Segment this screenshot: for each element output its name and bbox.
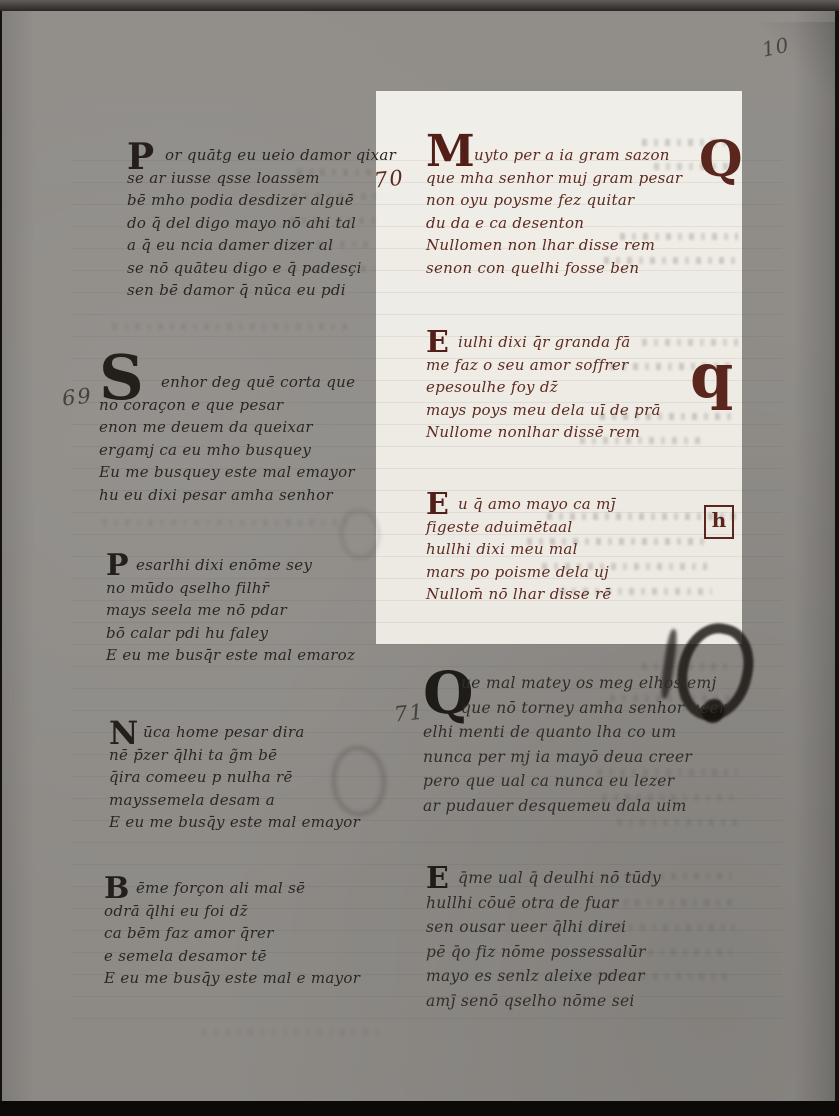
stanza-right-5: E q̄me ual q̄ deulhi nō tūdy hullhi cōuē… <box>426 866 646 1013</box>
verse-line: no coraçon e que pesar <box>99 394 355 417</box>
verse-line: odrā q̄lhi eu foi dz̄ <box>104 900 360 923</box>
bleed-through-text <box>617 819 737 826</box>
verse-line: Nullome nonlhar dissē rem <box>426 421 661 444</box>
verse-line: nē p̄zer q̄lhi ta g̃m bē <box>109 744 360 767</box>
verse-line: que nō torney amha senhor ueer <box>423 696 692 721</box>
verse-line: E eu me busq̄r este mal emaroz <box>106 644 355 667</box>
verse-line: pē q̄o fiz nōme possessalūr <box>426 940 646 965</box>
verse-line: E eu me busq̄y este mal e mayor <box>104 967 360 990</box>
verse-line: mayo es senlz aleixe pdear <box>426 964 646 989</box>
verse-line: epesoulhe foy dz̄ <box>426 376 661 399</box>
verse-line: hu eu dixi pesar amha senhor <box>99 484 355 507</box>
verse-line: me faz o seu amor soffrer <box>426 354 661 377</box>
verse-line: se nō quāteu digo e q̄ padesçi <box>127 257 362 280</box>
verse-line: pero que ual ca nunca eu lezer <box>423 769 692 794</box>
illuminated-initial: E <box>426 331 458 353</box>
verse-line: iulhi dixi q̄r granda fā <box>426 331 661 354</box>
illuminated-initial: N <box>109 721 143 743</box>
manuscript-page: 10 P or quātg eu ueio damor qixar se ar … <box>2 11 835 1101</box>
verse-line: senon con quelhi fosse ben <box>426 257 682 280</box>
guide-letter-box: h <box>704 505 734 539</box>
verse-line: ēme forçon ali mal sē <box>104 877 360 900</box>
illuminated-initial: P <box>127 144 165 166</box>
verse-line: ue mal matey os meg elhos emj <box>423 671 692 696</box>
verse-line: bē mho podia desdizer alguē <box>127 189 362 212</box>
verse-line: sen bē damor q̄ nūca eu pdi <box>127 279 362 302</box>
verse-line: q̄me ual q̄ deulhi nō tūdy <box>426 866 646 891</box>
scan-edge-top <box>0 0 839 11</box>
verse-line: Eu me busquey este mal emayor <box>99 461 355 484</box>
verse-line: sen ousar ueer q̄lhi direi <box>426 915 646 940</box>
stanza-left-3: P esarlhi dixi enōme sey no mūdo qselho … <box>106 554 355 667</box>
stanza-left-4: N ūca home pesar dira nē p̄zer q̄lhi ta … <box>109 721 360 834</box>
verse-line: e semela desamor tē <box>104 945 360 968</box>
verse-line: Nullom̄ nō lhar disse rē <box>426 583 612 606</box>
verse-line: elhi menti de quanto lha co um <box>423 720 692 745</box>
illuminated-initial: M <box>426 138 474 160</box>
manuscript-scan: 10 P or quātg eu ueio damor qixar se ar … <box>0 0 839 1116</box>
verse-line: esarlhi dixi enōme sey <box>106 554 355 577</box>
verse-line: ar pudauer desquemeu dala uim <box>423 794 692 819</box>
verse-line: ca bēm faz amor q̄rer <box>104 922 360 945</box>
verse-line: nunca per mj ia mayō deua creer <box>423 745 692 770</box>
illuminated-initial: P <box>106 554 136 576</box>
stanza-right-3: E u q̄ amo mayo ca mj̄ figeste aduimētaa… <box>426 493 612 606</box>
verse-line: amj̄ senō qselho nōme sei <box>426 989 646 1014</box>
stanza-left-1: P or quātg eu ueio damor qixar se ar ius… <box>127 144 362 302</box>
cantiga-number: 70 <box>373 165 406 192</box>
bleed-through-text <box>112 323 352 330</box>
stanza-left-2: S enhor deg quē corta que no coraçon e q… <box>99 371 355 506</box>
verse-line: hullhi cōuē otra de fuar <box>426 891 646 916</box>
illuminated-initial: E <box>426 493 458 515</box>
verse-line: a q̄ eu ncia damer dizer al <box>127 234 362 257</box>
verse-line: du da e ca desenton <box>426 212 682 235</box>
verse-line: E eu me busq̄y este mal emayor <box>109 811 360 834</box>
cantiga-number: 71 <box>393 699 426 726</box>
cantiga-number: 69 <box>61 383 94 410</box>
bleed-through-text <box>202 1029 382 1036</box>
verse-line: q̄ira comeeu p nulha rē <box>109 766 360 789</box>
stanza-right-1: M uyto per a ia gram sazon que mha senho… <box>426 144 682 279</box>
verse-line: se ar iusse qsse loassem <box>127 167 362 190</box>
bleed-through-text <box>102 519 352 526</box>
bleed-through-ring <box>340 509 380 559</box>
illuminated-initial: E <box>426 866 458 890</box>
stanza-right-4: Q ue mal matey os meg elhos emj que nō t… <box>423 671 692 818</box>
stanza-right-2: E iulhi dixi q̄r granda fā me faz o seu … <box>426 331 661 444</box>
margin-initial-glyph: q <box>690 339 733 412</box>
verse-line: enon me deuem da queixar <box>99 416 355 439</box>
verse-line: que mha senhor muj gram pesar <box>426 167 682 190</box>
illuminated-initial: S <box>99 361 161 383</box>
verse-line: no mūdo qselho filhr̄ <box>106 577 355 600</box>
verse-line: hullhi dixi meu mal <box>426 538 612 561</box>
illuminated-initial: B <box>104 877 136 899</box>
verse-line: mays seela me nō pdar <box>106 599 355 622</box>
verse-line: mars po poisme dela uj <box>426 561 612 584</box>
verse-line: ergamj ca eu mho busquey <box>99 439 355 462</box>
verse-line: mayssemela desam a <box>109 789 360 812</box>
illuminated-initial: Q <box>423 667 461 716</box>
verse-line: do q̄ del digo mayo nō ahi tal <box>127 212 362 235</box>
stanza-left-5: B ēme forçon ali mal sē odrā q̄lhi eu fo… <box>104 877 360 990</box>
verse-line: bō calar pdi hu faley <box>106 622 355 645</box>
verse-line: mays poys meu dela uī de prā <box>426 399 661 422</box>
verse-line: figeste aduimētaal <box>426 516 612 539</box>
verse-line: non oyu poysme fez quitar <box>426 189 682 212</box>
margin-initial-glyph: Q <box>699 129 743 188</box>
verse-line: Nullomen non lhar disse rem <box>426 234 682 257</box>
scan-edge-bottom <box>0 1101 839 1116</box>
verse-line: ūca home pesar dira <box>109 721 360 744</box>
